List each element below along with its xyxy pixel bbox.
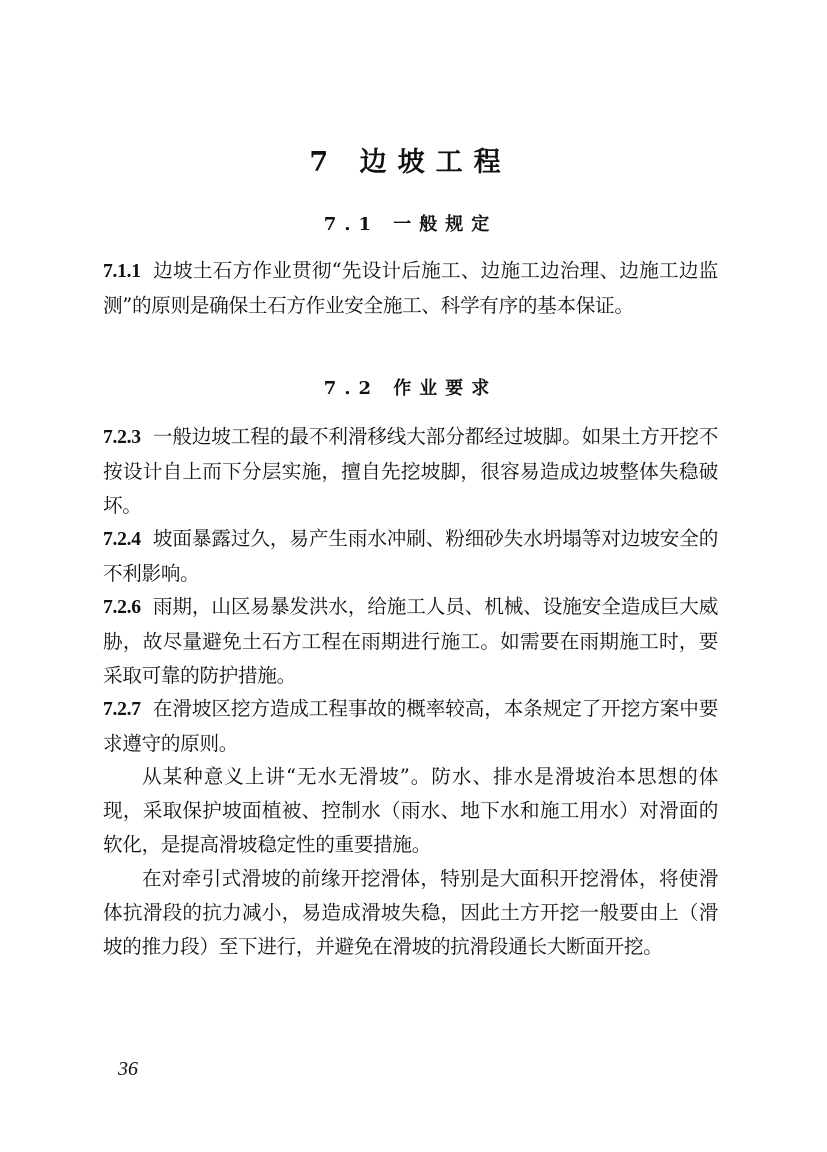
clause-7-2-6: 7.2.6雨期，山区易暴发洪水，给施工人员、机械、设施安全造成巨大威胁，故尽量避… [103, 590, 718, 693]
clause-7-2-7: 7.2.7在滑坡区挖方造成工程事故的概率较高，本条规定了开挖方案中要求遵守的原则… [103, 692, 718, 761]
clause-text: 坡面暴露过久，易产生雨水冲刷、粉细砂失水坍塌等对边坡安全的不利影响。 [103, 527, 718, 585]
section-heading-7-2: 7.2 作业要求 [103, 374, 718, 400]
chapter-title: 7 边坡工程 [103, 140, 718, 179]
clause-7-2-4: 7.2.4坡面暴露过久，易产生雨水冲刷、粉细砂失水坍塌等对边坡安全的不利影响。 [103, 522, 718, 591]
paragraph-2: 在对牵引式滑坡的前缘开挖滑体，特别是大面积开挖滑体，将使滑体抗滑段的抗力减小，易… [103, 862, 718, 964]
clause-number: 7.2.6 [103, 597, 141, 618]
clause-text: 一般边坡工程的最不利滑移线大部分都经过坡脚。如果土方开挖不按设计自上而下分层实施… [103, 425, 718, 517]
clause-number: 7.2.3 [103, 427, 141, 448]
clause-number: 7.2.7 [103, 699, 141, 720]
paragraph-1: 从某种意义上讲“无水无滑坡”。防水、排水是滑坡治本思想的体现，采取保护坡面植被、… [103, 760, 718, 862]
clause-number: 7.1.1 [103, 261, 141, 282]
clause-7-2-3: 7.2.3一般边坡工程的最不利滑移线大部分都经过坡脚。如果土方开挖不按设计自上而… [103, 420, 718, 523]
clause-number: 7.2.4 [103, 529, 141, 550]
clause-text: 边坡土石方作业贯彻“先设计后施工、边施工边治理、边施工边监测”的原则是确保土石方… [103, 259, 718, 317]
clause-text: 雨期，山区易暴发洪水，给施工人员、机械、设施安全造成巨大威胁，故尽量避免土石方工… [103, 595, 718, 687]
clause-text: 在滑坡区挖方造成工程事故的概率较高，本条规定了开挖方案中要求遵守的原则。 [103, 697, 718, 755]
page-number: 36 [118, 1058, 138, 1081]
section-heading-7-1: 7.1 一般规定 [103, 210, 718, 236]
clause-7-1-1: 7.1.1边坡土石方作业贯彻“先设计后施工、边施工边治理、边施工边监测”的原则是… [103, 254, 718, 323]
